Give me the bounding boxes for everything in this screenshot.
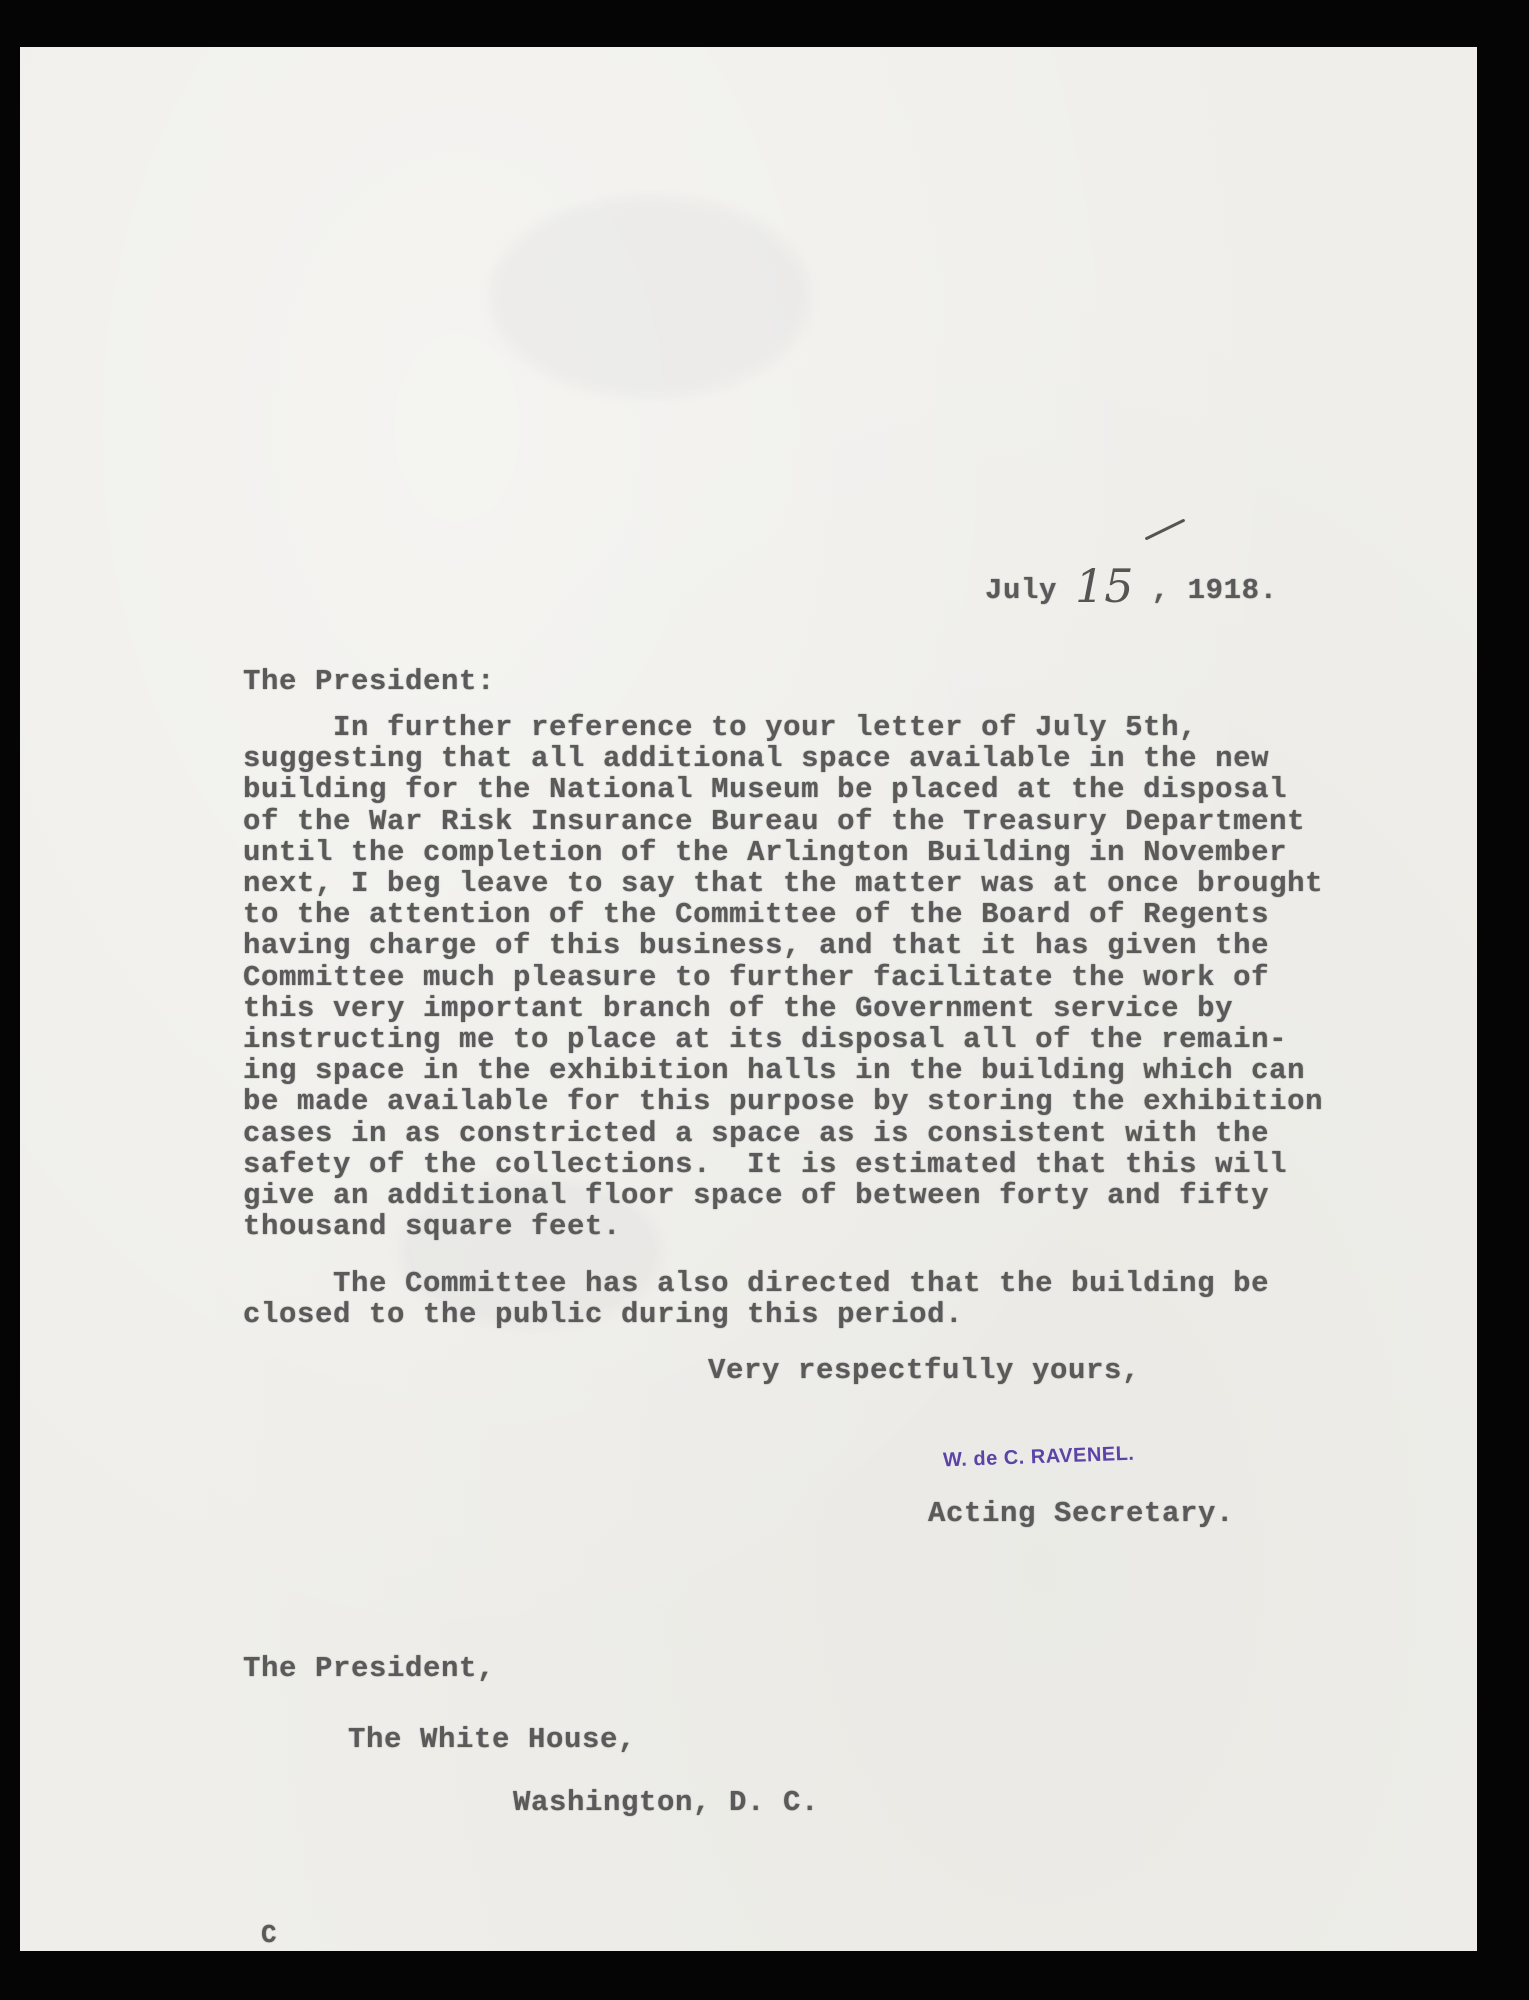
body-line: be made available for this purpose by st… (243, 1086, 1323, 1117)
body-line: cases in as constricted a space as is co… (243, 1118, 1323, 1149)
body-line: give an additional floor space of betwee… (243, 1180, 1323, 1211)
date-year: 1918. (1188, 574, 1278, 607)
body-line: until the completion of the Arlington Bu… (243, 837, 1323, 868)
salutation: The President: (243, 665, 495, 698)
signer-title: Acting Secretary. (928, 1497, 1234, 1530)
body-line: Committee much pleasure to further facil… (243, 962, 1323, 993)
address-line-3: Washington, D. C. (513, 1786, 819, 1819)
body-line: suggesting that all additional space ava… (243, 743, 1323, 774)
date-month: July (985, 574, 1057, 607)
body-line: next, I beg leave to say that the matter… (243, 868, 1323, 899)
body-paragraph-2: The Committee has also directed that the… (243, 1268, 1269, 1330)
body-line: safety of the collections. It is estimat… (243, 1149, 1323, 1180)
date-day-handwritten: 15 (1075, 559, 1134, 613)
body-line: to the attention of the Committee of the… (243, 899, 1323, 930)
body-line: of the War Risk Insurance Bureau of the … (243, 806, 1323, 837)
body-line: thousand square feet. (243, 1211, 1323, 1242)
date-separator: , (1152, 574, 1170, 607)
date-line: July 15 , 1918. (985, 555, 1278, 609)
body-paragraph-1: In further reference to your letter of J… (243, 712, 1323, 1242)
body-line: ing space in the exhibition halls in the… (243, 1055, 1323, 1086)
address-line-1: The President, (243, 1652, 495, 1685)
address-line-2: The White House, (348, 1723, 636, 1756)
body-line: instructing me to place at its disposal … (243, 1024, 1323, 1055)
bleed-through-mark (490, 197, 810, 397)
body-line: closed to the public during this period. (243, 1299, 1269, 1330)
body-line: having charge of this business, and that… (243, 930, 1323, 961)
body-line: In further reference to your letter of J… (243, 712, 1323, 743)
footer-mark: C (261, 1920, 277, 1950)
body-line: The Committee has also directed that the… (243, 1268, 1269, 1299)
body-line: this very important branch of the Govern… (243, 993, 1323, 1024)
closing: Very respectfully yours, (708, 1354, 1140, 1387)
body-line: building for the National Museum be plac… (243, 774, 1323, 805)
